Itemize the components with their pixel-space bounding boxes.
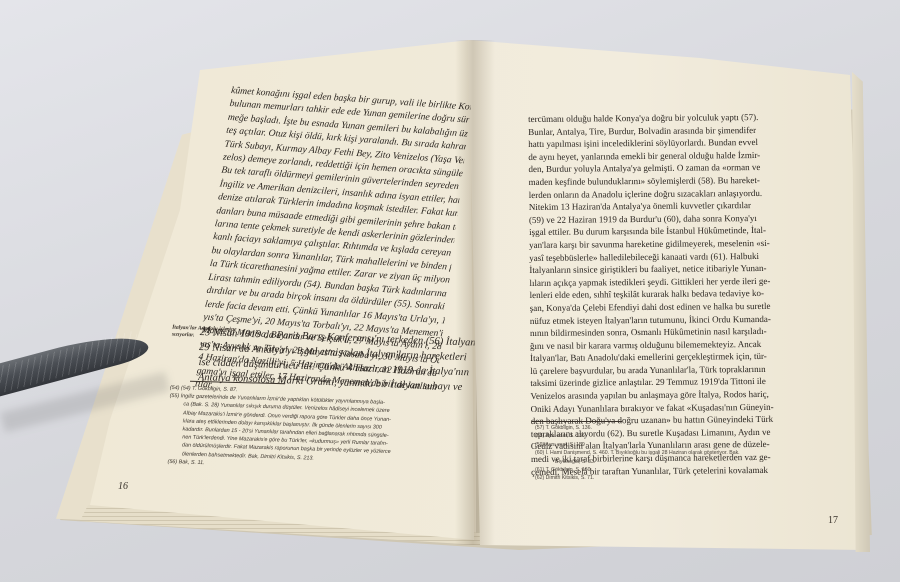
footnote-line: (59) Aynı eser, S. 159: [535, 441, 855, 449]
footnote-rule-right: [532, 421, 622, 422]
right-page-footnotes: (57) T. Gökbilgin, S. 136.(58) Aynı eser…: [535, 424, 855, 483]
footnote-line: (58) Aynı eser, S. 136.: [535, 432, 855, 440]
footnote-line: (61) T. Gökbilgin, S. 160.: [535, 466, 855, 474]
page-number-right: 17: [828, 515, 838, 526]
right-page-body: tercümanı olduğu halde Konya'ya doğru bi…: [528, 110, 847, 478]
page-number-left: 16: [118, 481, 128, 492]
footnote-line: (60) İ. Hami Danişmend, S. 460. T. Bıyık…: [535, 449, 855, 457]
open-book: kûmet konağını işgal eden başka bir guru…: [0, 0, 900, 582]
footnote-line: Bıyıklıoğlu, S. 83.: [535, 458, 855, 466]
left-page-body-bottom: 23 Nisan 1919 da Paris Barış Konferansı'…: [198, 325, 475, 396]
footnote-line: (57) T. Gökbilgin, S. 136.: [535, 424, 855, 432]
left-page-footnotes: (54) (54) T. Gökbilgin, S. 87.(55) İngil…: [167, 384, 474, 476]
footnote-line: (62) Dimitri Kitsikis, S. 71.: [535, 474, 855, 482]
